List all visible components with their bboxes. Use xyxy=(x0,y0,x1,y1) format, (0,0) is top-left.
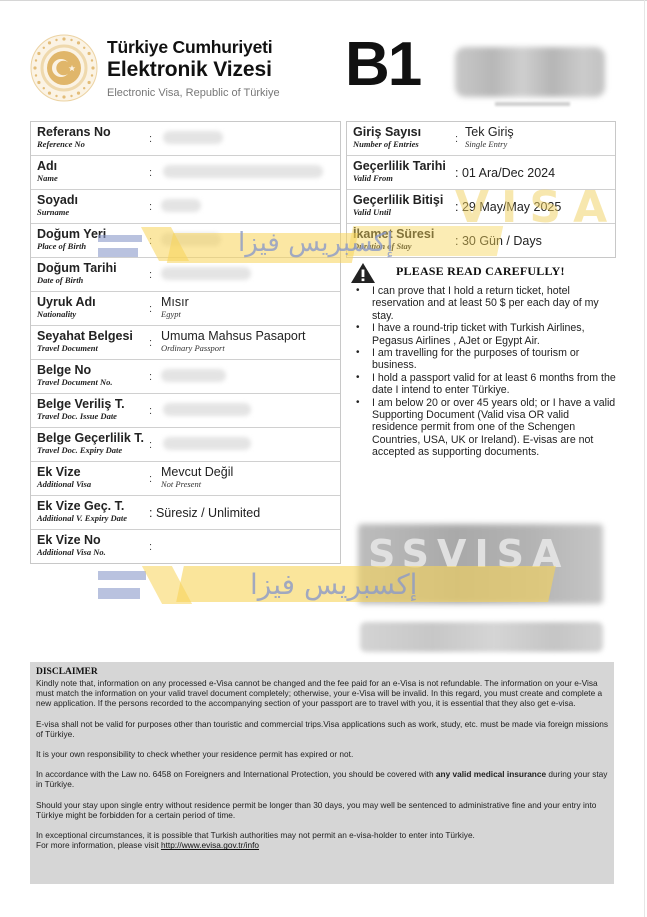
list-item: I am below 20 or over 45 years old; or I… xyxy=(354,397,616,459)
field-value: Umuma Mahsus Pasaport xyxy=(151,329,306,343)
field-label-en: Travel Doc. Issue Date xyxy=(37,411,125,422)
field-value: : Süresiz / Unlimited xyxy=(149,506,260,520)
disclaimer-body: Kindly note that, information on any pro… xyxy=(36,678,611,860)
field-label: Uyruk Adı xyxy=(37,295,96,309)
field-label-en: Reference No xyxy=(37,139,111,150)
personal-info-table: Referans NoReference No : AdıName : Soya… xyxy=(30,121,341,564)
field-label-en: Surname xyxy=(37,207,78,218)
field-value-text: Süresiz / Unlimited xyxy=(156,506,260,520)
disclaimer-emphasis: any valid medical insurance xyxy=(436,769,546,779)
redacted-value xyxy=(163,403,251,416)
field-label-en: Travel Document No. xyxy=(37,377,112,388)
field-label-en: Additional Visa No. xyxy=(37,547,106,558)
field-label-en: Travel Document xyxy=(37,343,133,354)
list-item: I can prove that I hold a return ticket,… xyxy=(354,285,616,322)
watermark-logo-v xyxy=(142,566,192,604)
redacted-value xyxy=(161,233,221,246)
field-label: Ek Vize xyxy=(37,465,91,479)
field-label-en: Valid From xyxy=(353,173,446,184)
field-label: Giriş Sayısı xyxy=(353,125,421,139)
colon: : xyxy=(149,235,152,247)
evisa-info-link[interactable]: http://www.evisa.gov.tr/info xyxy=(161,840,259,850)
field-value: Tek Giriş xyxy=(455,125,514,139)
field-label-en: Name xyxy=(37,173,58,184)
list-item: I have a round-trip ticket with Turkish … xyxy=(354,322,616,347)
visa-validity-table: Giriş SayısıNumber of Entries : Tek Giri… xyxy=(346,121,616,258)
field-label-en: Place of Birth xyxy=(37,241,106,252)
field-value: Mısır xyxy=(151,295,189,309)
field-value-text: 01 Ara/Dec 2024 xyxy=(462,166,555,180)
field-label-en: Number of Entries xyxy=(353,139,421,150)
watermark-logo-e xyxy=(98,588,140,599)
redacted-barcode xyxy=(360,622,603,652)
redacted-value xyxy=(163,165,323,178)
colon: : xyxy=(149,541,152,553)
field-label: İkamet Süresi xyxy=(353,227,434,241)
warning-list: I can prove that I hold a return ticket,… xyxy=(354,285,616,459)
field-value: Mevcut Değil xyxy=(151,465,233,479)
disclaimer-paragraph: It is your own responsibility to check w… xyxy=(36,749,611,759)
watermark-logo-e xyxy=(98,571,146,580)
table-row-valid-from: Geçerlilik TarihiValid From : 01 Ara/Dec… xyxy=(347,156,615,190)
table-row-number-of-entries: Giriş SayısıNumber of Entries : Tek Giri… xyxy=(347,122,615,156)
table-row-name: AdıName : xyxy=(31,156,340,190)
field-label: Doğum Tarihi xyxy=(37,261,117,275)
colon: : xyxy=(149,371,152,383)
field-label: Doğum Yeri xyxy=(37,227,106,241)
redacted-value xyxy=(161,267,251,280)
field-label-en: Date of Birth xyxy=(37,275,117,286)
field-label-en: Additional Visa xyxy=(37,479,91,490)
disclaimer-paragraph: For more information, please visit http:… xyxy=(36,840,611,850)
table-row-place-of-birth: Doğum YeriPlace of Birth : xyxy=(31,224,340,258)
field-label: Geçerlilik Bitişi xyxy=(353,193,443,207)
field-label: Belge Geçerlilik T. xyxy=(37,431,144,445)
table-row-additional-visa: Ek VizeAdditional Visa : Mevcut DeğilNot… xyxy=(31,462,340,496)
field-label-en: Duration of Stay xyxy=(353,241,434,252)
page-edge xyxy=(644,0,645,917)
table-row-issue-date: Belge Veriliş T.Travel Doc. Issue Date : xyxy=(31,394,340,428)
table-row-additional-visa-no: Ek Vize NoAdditional Visa No. : xyxy=(31,530,340,563)
colon: : xyxy=(149,269,152,281)
table-row-expiry-date: Belge Geçerlilik T.Travel Doc. Expiry Da… xyxy=(31,428,340,462)
redacted-visa-number xyxy=(455,47,605,97)
page-edge xyxy=(0,0,647,1)
field-value-text: 30 Gün / Days xyxy=(462,234,542,248)
colon: : xyxy=(149,201,152,213)
table-row-date-of-birth: Doğum TarihiDate of Birth : xyxy=(31,258,340,292)
document-subtitle: Electronic Visa, Republic of Türkiye xyxy=(107,87,280,99)
colon: : xyxy=(149,133,152,145)
field-label: Geçerlilik Tarihi xyxy=(353,159,446,173)
redacted-visa-number-sub xyxy=(495,102,570,106)
field-label: Referans No xyxy=(37,125,111,139)
list-item: I am travelling for the purposes of tour… xyxy=(354,347,616,372)
field-label: Soyadı xyxy=(37,193,78,207)
field-label: Ek Vize Geç. T. xyxy=(37,499,127,513)
colon: : xyxy=(149,167,152,179)
disclaimer-box: DISCLAIMER Kindly note that, information… xyxy=(30,662,614,884)
disclaimer-paragraph: In accordance with the Law no. 6458 on F… xyxy=(36,769,611,789)
document-title-line1: Türkiye Cumhuriyeti xyxy=(107,37,272,58)
disclaimer-title: DISCLAIMER xyxy=(36,667,98,677)
field-label-en: Valid Until xyxy=(353,207,443,218)
turkish-republic-emblem-icon xyxy=(30,34,98,102)
table-row-duration-of-stay: İkamet SüresiDuration of Stay : 30 Gün /… xyxy=(347,224,615,257)
table-row-surname: SoyadıSurname : xyxy=(31,190,340,224)
warning-triangle-icon xyxy=(350,262,376,284)
colon: : xyxy=(149,439,152,451)
field-label-en: Additional V. Expiry Date xyxy=(37,513,127,524)
redacted-value xyxy=(161,369,226,382)
field-label: Belge Veriliş T. xyxy=(37,397,125,411)
field-label: Belge No xyxy=(37,363,112,377)
field-label: Seyahat Belgesi xyxy=(37,329,133,343)
redacted-value xyxy=(163,437,251,450)
field-value: : 29 May/May 2025 xyxy=(455,200,561,214)
disclaimer-paragraph: E-visa shall not be valid for purposes o… xyxy=(36,719,611,739)
redacted-value xyxy=(163,131,223,144)
table-row-nationality: Uyruk AdıNationality : MısırEgypt xyxy=(31,292,340,326)
list-item: I hold a passport valid for at least 6 m… xyxy=(354,372,616,397)
colon: : xyxy=(149,405,152,417)
field-value-en: Not Present xyxy=(151,479,233,490)
field-label: Adı xyxy=(37,159,58,173)
visa-type-code: B1 xyxy=(345,34,420,96)
disclaimer-text: For more information, please visit xyxy=(36,840,161,850)
field-value-text: 29 May/May 2025 xyxy=(462,200,561,214)
field-value: : 01 Ara/Dec 2024 xyxy=(455,166,555,180)
field-value: : 30 Gün / Days xyxy=(455,234,542,248)
disclaimer-paragraph: Kindly note that, information on any pro… xyxy=(36,678,611,709)
warning-title: PLEASE READ CAREFULLY! xyxy=(396,264,565,279)
disclaimer-paragraph: In exceptional circumstances, it is poss… xyxy=(36,830,611,840)
redacted-photo xyxy=(358,524,603,604)
field-label-en: Travel Doc. Expiry Date xyxy=(37,445,144,456)
field-value-en: Egypt xyxy=(151,309,189,320)
table-row-reference-no: Referans NoReference No : xyxy=(31,122,340,156)
disclaimer-text: In accordance with the Law no. 6458 on F… xyxy=(36,769,436,779)
field-value-en: Ordinary Passport xyxy=(151,343,306,354)
field-label: Ek Vize No xyxy=(37,533,106,547)
document-title-line2: Elektronik Vizesi xyxy=(107,58,272,82)
field-label-en: Nationality xyxy=(37,309,96,320)
table-row-valid-until: Geçerlilik BitişiValid Until : 29 May/Ma… xyxy=(347,190,615,224)
table-row-travel-document-no: Belge NoTravel Document No. : xyxy=(31,360,340,394)
disclaimer-paragraph: Should your stay upon single entry witho… xyxy=(36,800,611,820)
table-row-additional-visa-expiry: Ek Vize Geç. T.Additional V. Expiry Date… xyxy=(31,496,340,530)
redacted-value xyxy=(161,199,201,212)
table-row-travel-document: Seyahat BelgesiTravel Document : Umuma M… xyxy=(31,326,340,360)
field-value-en: Single Entry xyxy=(455,139,514,150)
